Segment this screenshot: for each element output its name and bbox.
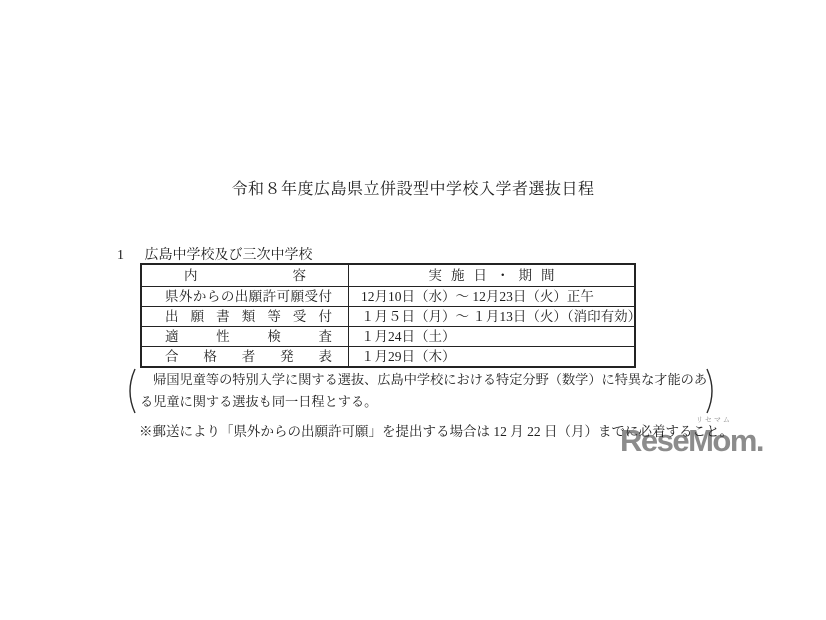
section-heading: 1 広島中学校及び三次中学校 xyxy=(117,244,313,264)
table-header-schedule: 実施日・期間 xyxy=(348,265,634,286)
section-number: 1 xyxy=(117,248,124,264)
resemom-watermark-logo: リセマム ReseMom. xyxy=(620,417,770,457)
table-row-value: １月５日（月）～ １月13日（火）（消印有効） xyxy=(348,306,634,326)
table-row-label: 出願書類等受付 xyxy=(142,306,348,326)
table-row-label: 合格者発表 xyxy=(142,346,348,366)
table-row-label: 県外からの出願許可願受付 xyxy=(142,286,348,306)
table-row-value: １月24日（土） xyxy=(348,326,634,346)
table-row-label: 適性検査 xyxy=(142,326,348,346)
bracket-note-line-2: る児童に関する選抜も同一日程とする。 xyxy=(140,391,702,413)
table-header-content: 内容 xyxy=(142,265,348,286)
bracket-note-text: 帰国児童等の特別入学に関する選抜、広島中学校における特定分野（数学）に特異な才能… xyxy=(140,369,702,413)
document-page: 令和８年度広島県立併設型中学校入学者選抜日程 1 広島中学校及び三次中学校 内容… xyxy=(0,0,826,620)
bracket-note: 帰国児童等の特別入学に関する選抜、広島中学校における特定分野（数学）に特異な才能… xyxy=(123,368,719,414)
schedule-table: 内容 実施日・期間 県外からの出願許可願受付 12月10日（水）～ 12月23日… xyxy=(140,263,636,368)
left-parenthesis-icon xyxy=(123,368,137,414)
bracket-note-line-1: 帰国児童等の特別入学に関する選抜、広島中学校における特定分野（数学）に特異な才能… xyxy=(140,369,702,391)
right-parenthesis-icon xyxy=(705,368,719,414)
table-row-value: １月29日（木） xyxy=(348,346,634,366)
document-title: 令和８年度広島県立併設型中学校入学者選抜日程 xyxy=(0,176,826,199)
section-name: 広島中学校及び三次中学校 xyxy=(145,244,313,264)
logo-text: ReseMom. xyxy=(620,425,770,457)
table-row-value: 12月10日（水）～ 12月23日（火）正午 xyxy=(348,286,634,306)
